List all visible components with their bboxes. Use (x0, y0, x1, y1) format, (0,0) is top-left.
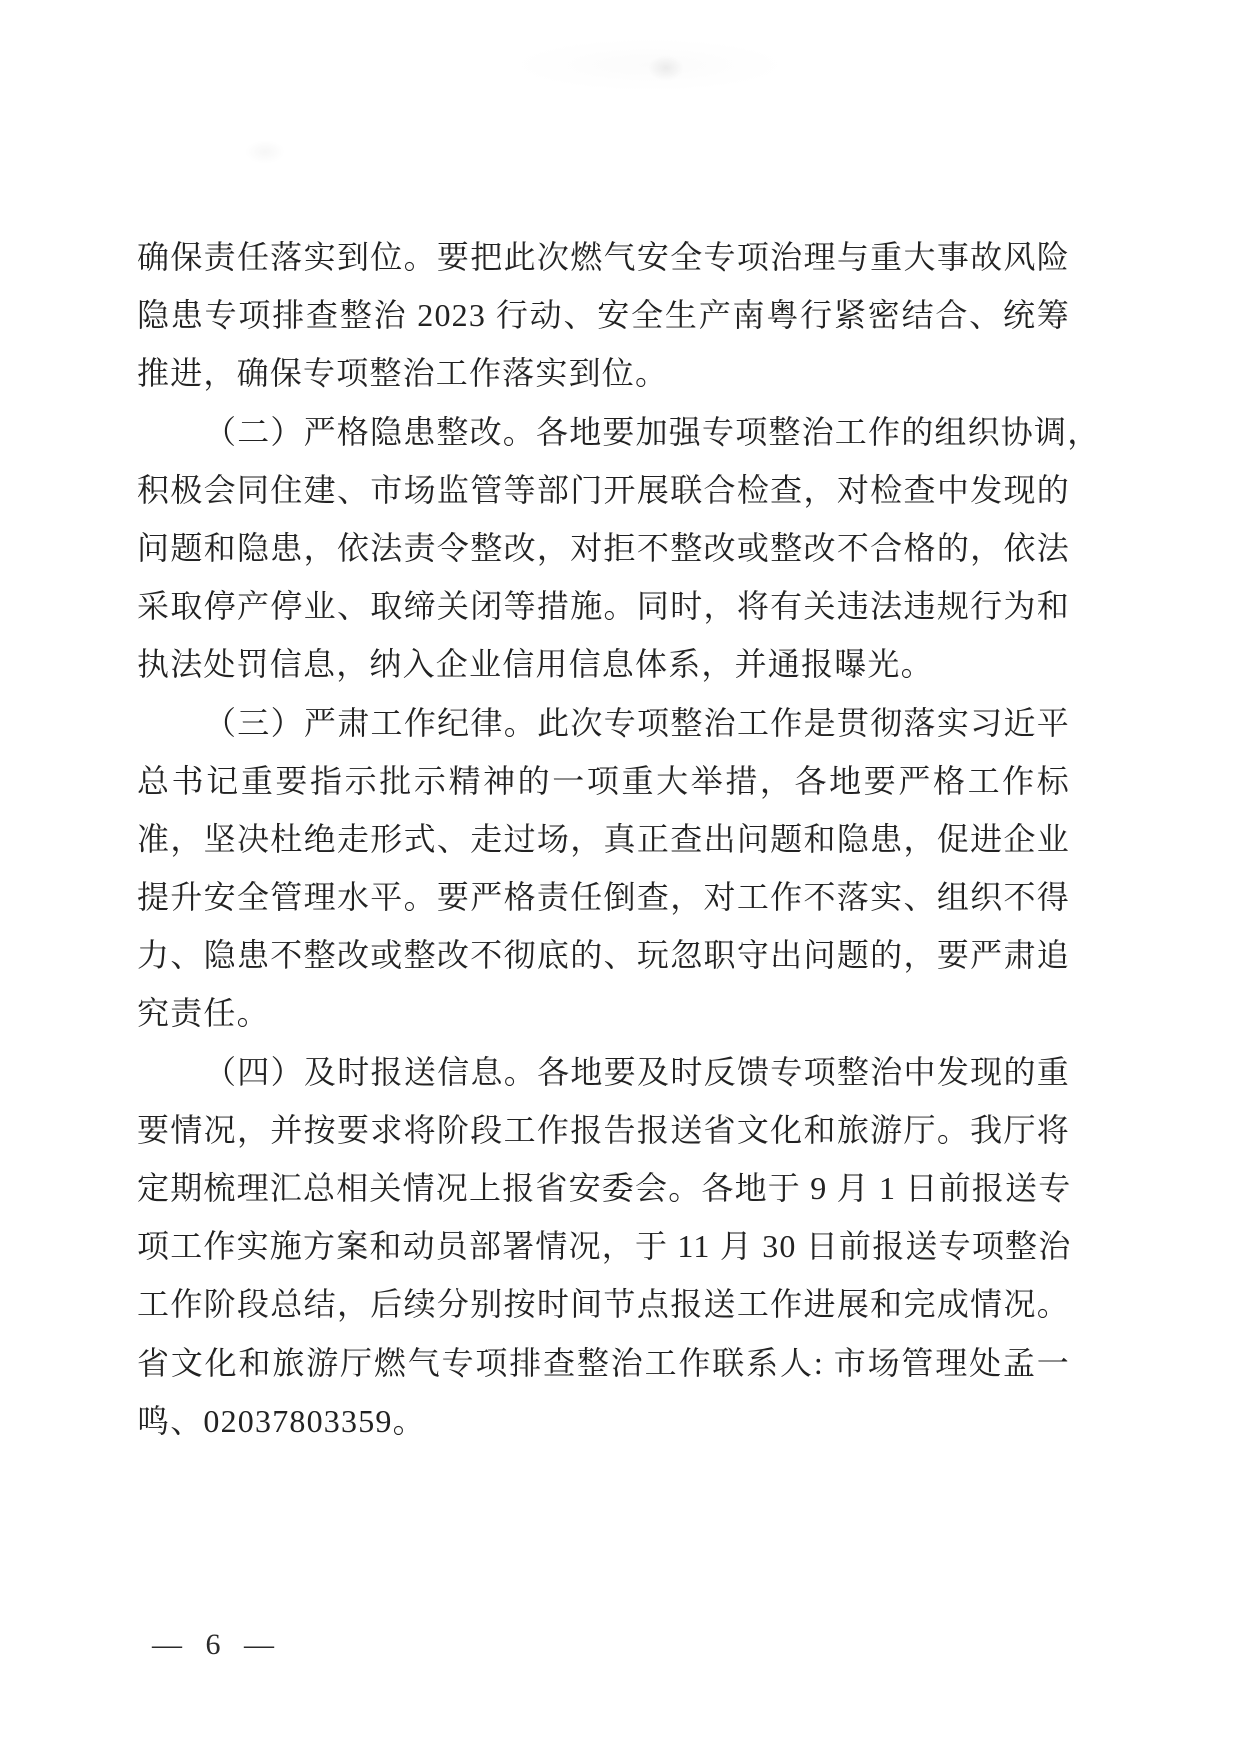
text-line: （三）严肃工作纪律。此次专项整治工作是贯彻落实习近平 (137, 694, 1070, 752)
text-line: 采取停产停业、取缔关闭等措施。同时，将有关违法违规行为和 (137, 577, 1070, 635)
text-line: 要情况，并按要求将阶段工作报告报送省文化和旅游厅。我厅将 (137, 1101, 1070, 1159)
text-line: 力、隐患不整改或整改不彻底的、玩忽职守出问题的，要严肃追 (137, 926, 1070, 984)
text-line: 省文化和旅游厅燃气专项排查整治工作联系人: 市场管理处孟一 (137, 1334, 1070, 1392)
text-line: 问题和隐患，依法责令整改，对拒不整改或整改不合格的，依法 (137, 519, 1070, 577)
text-line: 执法处罚信息，纳入企业信用信息体系，并通报曝光。 (137, 635, 1070, 693)
text-line: 总书记重要指示批示精神的一项重大举措，各地要严格工作标 (137, 752, 1070, 810)
text-line: 项工作实施方案和动员部署情况，于 11 月 30 日前报送专项整治 (137, 1217, 1070, 1275)
text-line: 积极会同住建、市场监管等部门开展联合检查，对检查中发现的 (137, 461, 1070, 519)
text-line: 确保责任落实到位。要把此次燃气安全专项治理与重大事故风险 (137, 228, 1070, 286)
text-line: 鸣、02037803359。 (137, 1392, 1070, 1450)
scan-artifact (245, 140, 285, 164)
text-line: 究责任。 (137, 984, 1070, 1042)
text-line: （四）及时报送信息。各地要及时反馈专项整治中发现的重 (137, 1043, 1070, 1101)
text-line: 提升安全管理水平。要严格责任倒查，对工作不落实、组织不得 (137, 868, 1070, 926)
text-line: 定期梳理汇总相关情况上报省安委会。各地于 9 月 1 日前报送专 (137, 1159, 1070, 1217)
text-line: 工作阶段总结，后续分别按时间节点报送工作进展和完成情况。 (137, 1275, 1070, 1333)
scan-artifact (520, 40, 780, 90)
document-page: 确保责任落实到位。要把此次燃气安全专项治理与重大事故风险隐患专项排查整治 202… (0, 0, 1240, 1752)
text-line: 隐患专项排查整治 2023 行动、安全生产南粤行紧密结合、统筹 (137, 286, 1070, 344)
text-line: 准，坚决杜绝走形式、走过场，真正查出问题和隐患，促进企业 (137, 810, 1070, 868)
document-body: 确保责任落实到位。要把此次燃气安全专项治理与重大事故风险隐患专项排查整治 202… (137, 228, 1070, 1450)
page-number: — 6 — (152, 1628, 282, 1662)
scan-artifact (648, 55, 684, 81)
text-line: （二）严格隐患整改。各地要加强专项整治工作的组织协调， (137, 403, 1070, 461)
text-line: 推进，确保专项整治工作落实到位。 (137, 344, 1070, 402)
